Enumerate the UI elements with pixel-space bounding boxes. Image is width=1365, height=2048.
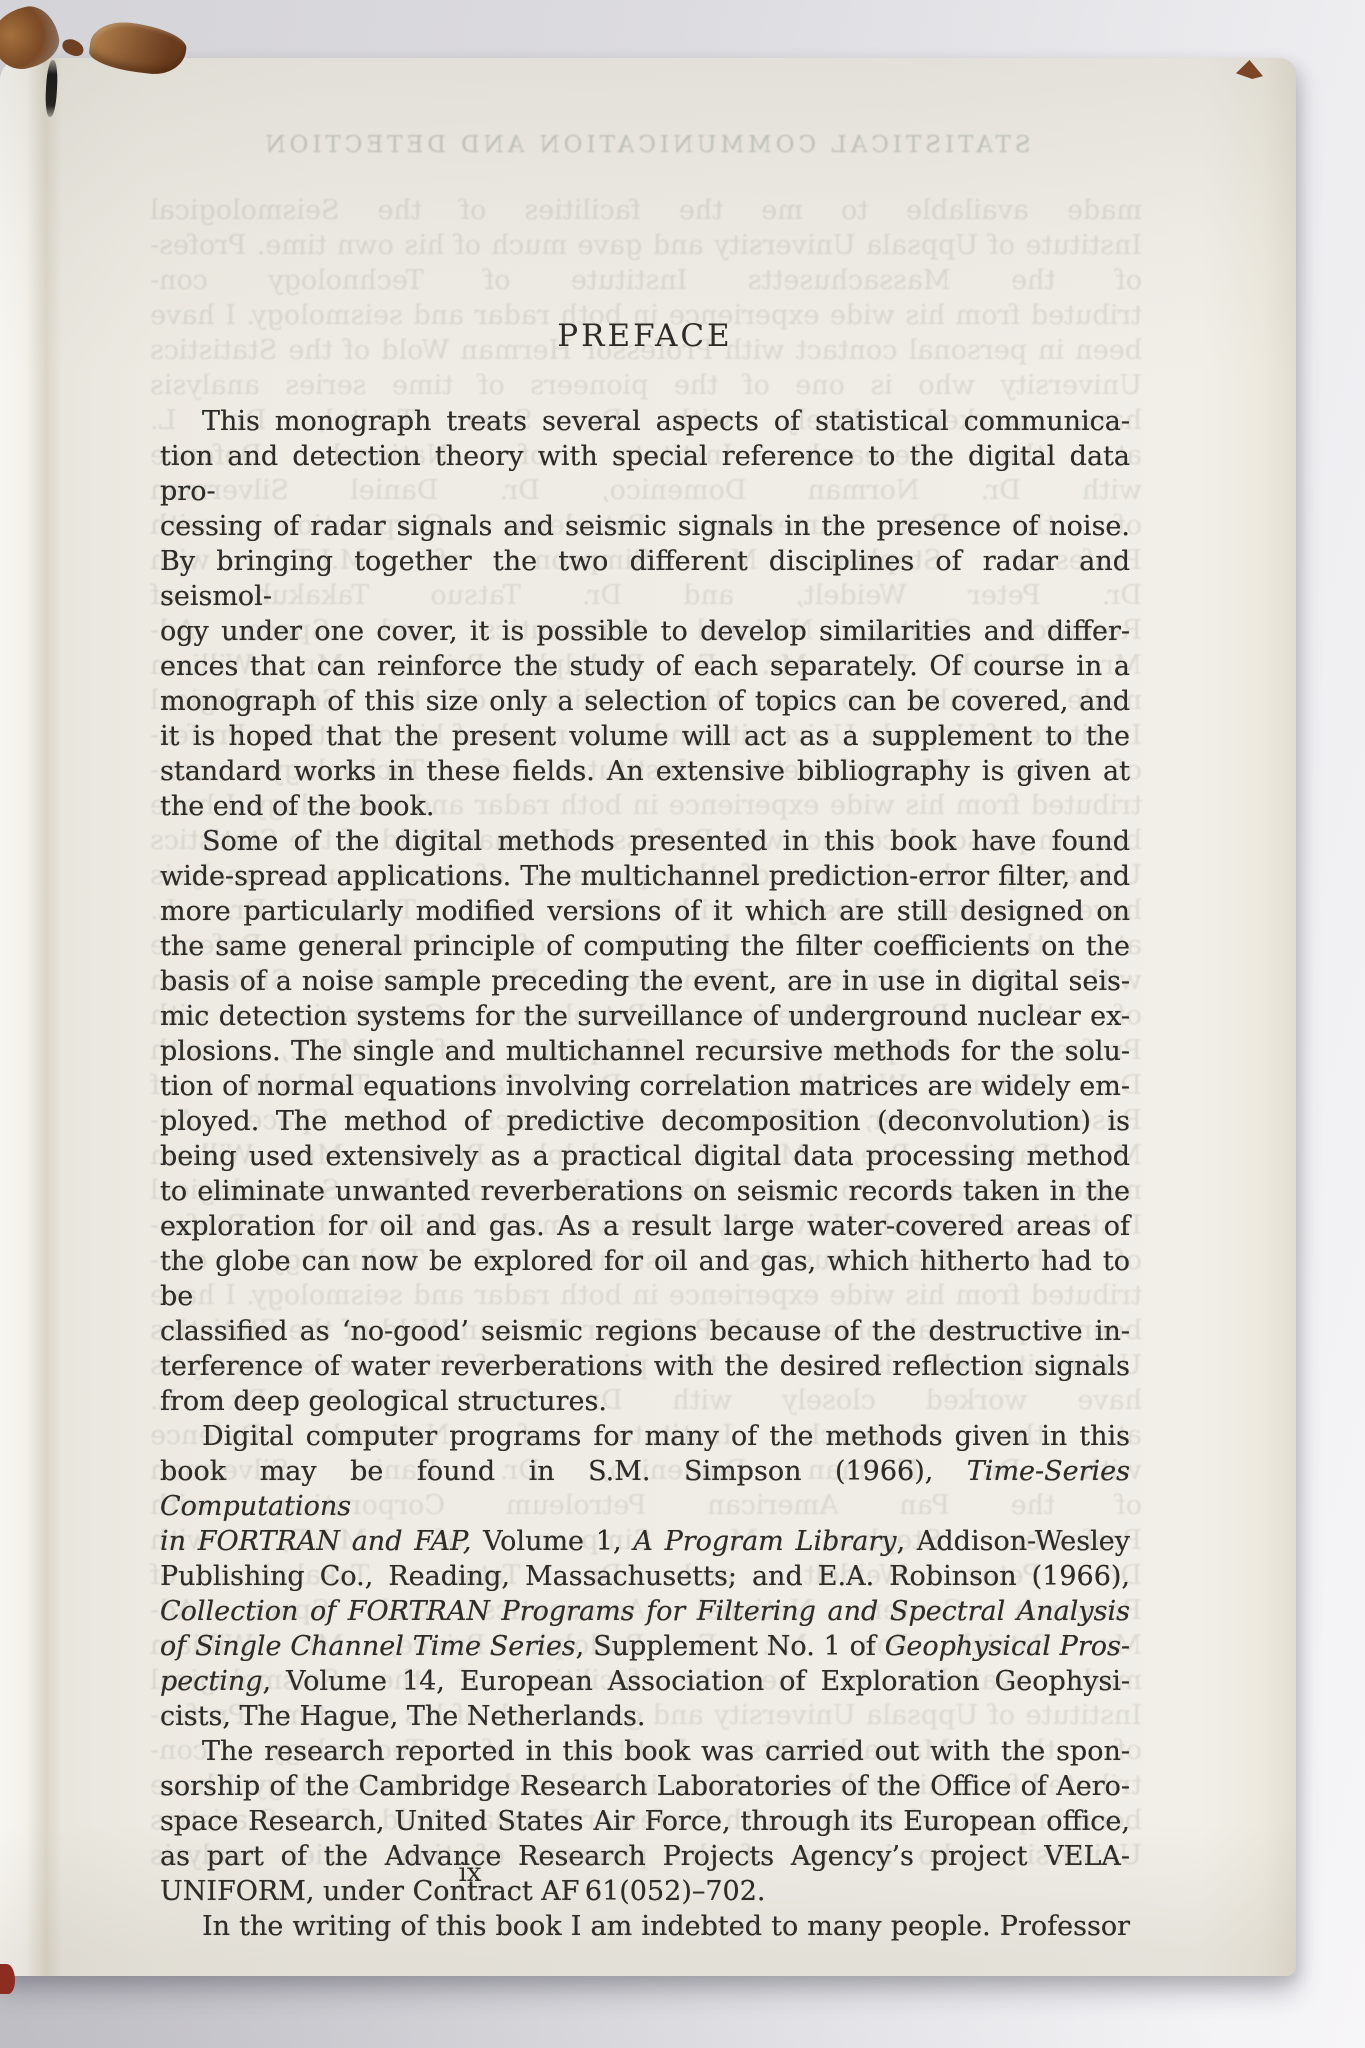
text-line: exploration for oil and gas. As a result… <box>160 1209 1130 1244</box>
text-line: wide-spread applications. The multichann… <box>160 859 1130 894</box>
text-line: sorship of the Cambridge Research Labora… <box>160 1769 1130 1804</box>
text-line: space Research, United States Air Force,… <box>160 1804 1130 1839</box>
text-line: plosions. The single and multichannel re… <box>160 1034 1130 1069</box>
page-title: PREFACE <box>160 318 1130 354</box>
text-line: pecting, Volume 14, European Association… <box>160 1664 1130 1699</box>
text-line: mic detection systems for the surveillan… <box>160 999 1130 1034</box>
text-line: monograph of this size only a selection … <box>160 684 1130 719</box>
text-line: the globe can now be explored for oil an… <box>160 1244 1130 1314</box>
text-line: terference of water reverberations with … <box>160 1349 1130 1384</box>
text-line: Publishing Co., Reading, Massachusetts; … <box>160 1559 1130 1594</box>
text-line: classified as ‘no-good’ seismic regions … <box>160 1314 1130 1349</box>
text-line: the same general principle of computing … <box>160 929 1130 964</box>
text-line: By bringing together the two different d… <box>160 544 1130 614</box>
text-line: Collection of FORTRAN Programs for Filte… <box>160 1594 1130 1629</box>
text-line: being used extensively as a practical di… <box>160 1139 1130 1174</box>
text-line: ployed. The method of predictive decompo… <box>160 1104 1130 1139</box>
text-line: basis of a noise sample preceding the ev… <box>160 964 1130 999</box>
text-line: ogy under one cover, it is possible to d… <box>160 614 1130 649</box>
text-line: This monograph treats several aspects of… <box>160 404 1130 439</box>
page-number: ix <box>410 1858 530 1888</box>
text-line: tion of normal equations involving corre… <box>160 1069 1130 1104</box>
text-line: of Single Channel Time Series, Supplemen… <box>160 1629 1130 1664</box>
text-line: the end of the book. <box>160 789 1130 824</box>
text-line: as part of the Advance Research Projects… <box>160 1839 1130 1874</box>
text-line: book may be found in S.M. Simpson (1966)… <box>160 1454 1130 1524</box>
text-line: UNIFORM, under Contract AF 61(052)–702. <box>160 1874 1130 1909</box>
text-line: it is hoped that the present volume will… <box>160 719 1130 754</box>
text-line: tion and detection theory with special r… <box>160 439 1130 509</box>
text-line: from deep geological structures. <box>160 1384 1130 1419</box>
text-line: cists, The Hague, The Netherlands. <box>160 1699 1130 1734</box>
text-line: more particularly modified versions of i… <box>160 894 1130 929</box>
text-line: The research reported in this book was c… <box>160 1734 1130 1769</box>
preface-body: This monograph treats several aspects of… <box>160 404 1130 1944</box>
torn-leather-fragment <box>60 37 86 59</box>
text-line: standard works in these fields. An exten… <box>160 754 1130 789</box>
text-line: to eliminate unwanted reverberations on … <box>160 1174 1130 1209</box>
red-speck <box>0 1964 15 1994</box>
photo-backdrop: STATISTICAL COMMUNICATION AND DETECTION … <box>0 0 1365 2048</box>
text-line: Digital computer programs for many of th… <box>160 1419 1130 1454</box>
text-line: Some of the digital methods presented in… <box>160 824 1130 859</box>
text-line: ences that can reinforce the study of ea… <box>160 649 1130 684</box>
text-line: cessing of radar signals and seismic sig… <box>160 509 1130 544</box>
text-line: in FORTRAN and FAP, Volume 1, A Program … <box>160 1524 1130 1559</box>
text-line: In the writing of this book I am indebte… <box>160 1909 1130 1944</box>
